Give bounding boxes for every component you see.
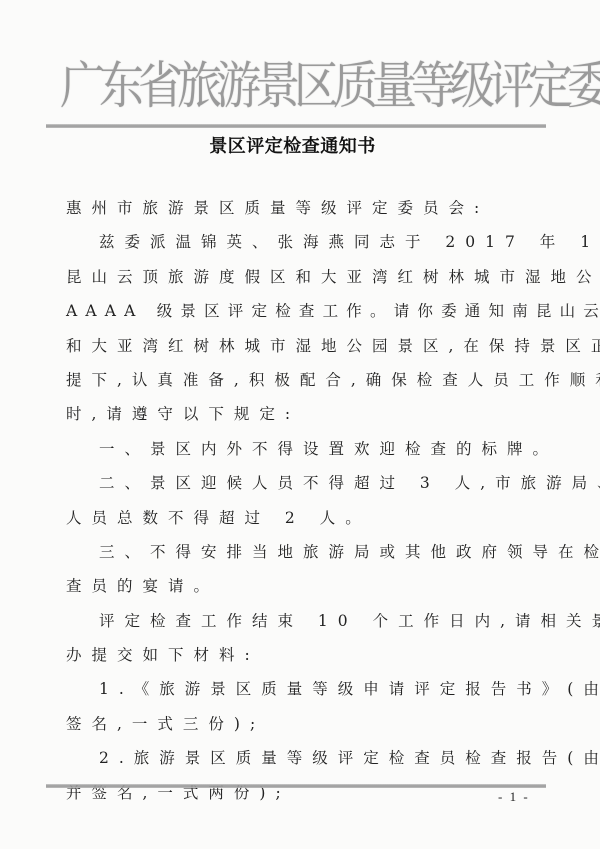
body-line: 提下,认真准备,积极配合,确保检查人员工作顺利完成。同 (66, 363, 522, 397)
body-line: AAAA 级景区评定检查工作。请你委通知南昆山云顶旅游度假区 (66, 294, 522, 328)
body-line: 时,请遵守以下规定: (66, 397, 522, 431)
rule-item-1: 一、景区内外不得设置欢迎检查的标牌。 (66, 432, 522, 466)
material-item-1: 1.《旅游景区质量等级申请评定报告书》(由景评员完成并 (66, 672, 522, 706)
footer-divider (46, 784, 546, 788)
rule-item-2: 二、景区迎候人员不得超过 3 人,市旅游局、景评委陪同 (66, 466, 522, 500)
document-title: 景区评定检查通知书 (0, 134, 585, 160)
rule-item-3-cont: 查员的宴请。 (66, 569, 522, 603)
body-line: 和大亚湾红树林城市湿地公园景区,在保持景区正常运转的前 (66, 329, 522, 363)
material-item-2: 2.旅游景区质量等级评定检查员检查报告(由景评员完成 (66, 741, 522, 775)
material-item-2-cont: 并签名,一式两份); (66, 776, 522, 810)
body-line: 办提交如下材料: (66, 638, 522, 672)
material-item-1-cont: 签名,一式三份); (66, 707, 522, 741)
body-line: 昆山云顶旅游度假区和大亚湾红树林城市湿地公园景区进行 (66, 260, 522, 294)
letterhead-divider (46, 124, 546, 128)
body-line: 兹委派温锦英、张海燕同志于 2017 年 12 月 13-14 日对南 (66, 225, 522, 259)
page-number: - 1 - (498, 790, 530, 804)
salutation-line: 惠州市旅游景区质量等级评定委员会: (66, 191, 522, 225)
rule-item-2-cont: 人员总数不得超过 2 人。 (66, 501, 522, 535)
rule-item-3: 三、不得安排当地旅游局或其他政府领导在检查期间对检 (66, 535, 522, 569)
document-body: 惠州市旅游景区质量等级评定委员会: 兹委派温锦英、张海燕同志于 2017 年 1… (66, 191, 522, 810)
body-line: 评定检查工作结束 10 个工作日内,请相关景评员向省景评 (66, 604, 522, 638)
letterhead-organization: 广东省旅游景区质量等级评定委员会 (60, 55, 535, 118)
